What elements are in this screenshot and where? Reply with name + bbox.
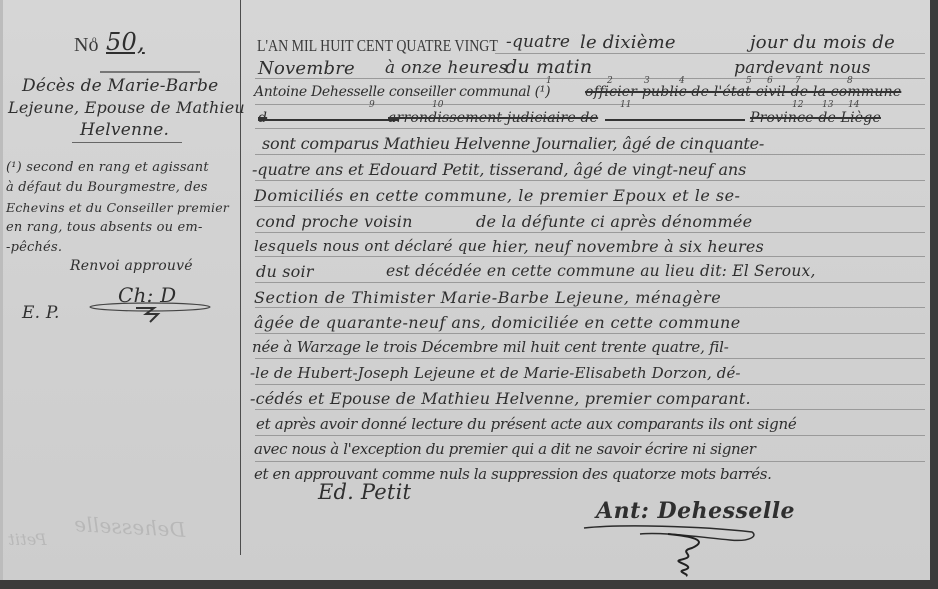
body-line-10b: est décédée en cette commune au lieu dit…	[386, 262, 816, 280]
time-of-day: du matin	[505, 56, 592, 78]
ruled-line	[255, 78, 925, 79]
scan-frame-right	[930, 0, 938, 589]
body-line-12: âgée de quarante-neuf ans, domiciliée en…	[254, 313, 741, 332]
body-line-13: née à Warzage le trois Décembre mil huit…	[252, 338, 729, 356]
signature-witness: Ed. Petit	[318, 480, 411, 504]
margin-title-line-1: Décès de Marie-Barbe	[22, 76, 218, 96]
margin-note-line-1: (¹) second en rang et agissant	[6, 160, 209, 175]
struck-arrondissement: arrondissement judiciaire de	[388, 110, 598, 126]
struck-province: Province de Liège	[750, 110, 881, 126]
ruled-line	[255, 307, 925, 308]
deletion-number: 13	[822, 100, 833, 110]
body-line-5: sont comparus Mathieu Helvenne Journalie…	[262, 134, 764, 153]
ruled-line	[255, 384, 925, 385]
body-line-6: -quatre ans et Edouard Petit, tisserand,…	[252, 160, 746, 179]
renvoi-approved: Renvoi approuvé	[70, 258, 193, 274]
scan-frame-bottom	[0, 580, 938, 589]
body-line-14: -le de Hubert-Joseph Lejeune et de Marie…	[250, 364, 741, 382]
deletion-number: 6	[767, 76, 773, 86]
deletion-number: 9	[369, 100, 375, 110]
body-line-9a: lesquels nous ont déclaré que	[254, 237, 486, 255]
ruled-line	[255, 435, 925, 436]
margin-note-line-4: en rang, tous absents ou em-	[6, 220, 203, 235]
deletion-number: 10	[432, 100, 443, 110]
hour: à onze heures	[385, 58, 508, 78]
body-line-11: Section de Thimister Marie-Barbe Lejeune…	[254, 288, 721, 307]
struck-officer-title: officier public de l'état civil de la co…	[585, 84, 901, 100]
deletion-number: 7	[795, 76, 801, 86]
strike-line	[258, 119, 398, 121]
ruled-line	[255, 333, 925, 334]
year-completion: -quatre	[506, 32, 570, 52]
ruled-line	[255, 282, 925, 283]
margin-note-line-3: Echevins et du Conseiller premier	[6, 200, 229, 215]
body-line-17: avec nous à l'exception du premier qui a…	[254, 440, 756, 458]
deletion-number: 2	[607, 76, 613, 86]
ruled-line	[495, 53, 925, 54]
ruled-line	[255, 256, 925, 257]
printed-pardevant-nous: pardevant nous	[734, 58, 871, 78]
bleed-through-petit: Petit	[8, 530, 47, 549]
day-of-month: le dixième	[580, 32, 676, 53]
body-line-7: Domiciliés en cette commune, le premier …	[254, 186, 740, 205]
deletion-number: 12	[792, 100, 803, 110]
record-number-value: 50,	[106, 28, 145, 56]
officer-signature-flourish	[580, 522, 760, 580]
ruled-line	[255, 206, 925, 207]
ruled-line	[255, 154, 925, 155]
deletion-number: 3	[644, 76, 650, 86]
title-flourish	[72, 142, 182, 143]
deletion-number: 14	[848, 100, 859, 110]
printed-heading: L'AN MIL HUIT CENT QUATRE VINGT	[257, 36, 498, 56]
ruled-line	[255, 232, 925, 233]
deletion-number: 5	[746, 76, 752, 86]
number-rule	[100, 71, 200, 73]
ruled-line	[255, 461, 925, 462]
strike-line	[605, 119, 745, 121]
officer-name: Antoine Dehesselle conseiller communal (…	[254, 84, 550, 100]
struck-d: d	[258, 110, 267, 126]
signature-officer: Ant: Dehesselle	[596, 498, 795, 524]
body-line-8b: de la défunte ci après dénommée	[476, 212, 752, 231]
margin-divider	[240, 0, 241, 555]
initials-flourish	[88, 300, 218, 330]
initials-left: E. P.	[22, 303, 60, 323]
deletion-number: 8	[847, 76, 853, 86]
printed-jour-du-mois: jour du mois de	[750, 32, 895, 53]
deletion-number: 4	[679, 76, 685, 86]
body-line-15: -cédés et Epouse de Mathieu Helvenne, pr…	[250, 389, 751, 408]
margin-note-line-5: -pêchés.	[6, 240, 62, 255]
margin-title-line-3: Helvenne.	[80, 120, 169, 140]
civil-register-page: No o 50, Décès de Marie-Barbe Lejeune, E…	[0, 0, 930, 580]
month: Novembre	[258, 58, 355, 79]
record-number-dot: o	[92, 34, 97, 44]
page-edge	[0, 0, 3, 580]
margin-note-line-2: à défaut du Bourgmestre, des	[6, 180, 208, 195]
margin-title-line-2: Lejeune, Epouse de Mathieu	[8, 98, 245, 117]
bleed-through-dehesselle: Dehesselle	[73, 512, 186, 542]
body-line-9b: hier, neuf novembre à six heures	[492, 237, 764, 256]
ruled-line	[255, 180, 925, 181]
deletion-number: 11	[620, 100, 631, 110]
body-line-10a: du soir	[256, 262, 314, 281]
body-line-16: et après avoir donné lecture du présent …	[256, 415, 796, 433]
ruled-line	[255, 128, 925, 129]
ruled-line	[255, 358, 925, 359]
ruled-line	[255, 409, 925, 410]
body-line-8a: cond proche voisin	[256, 212, 413, 231]
deletion-number: 1	[546, 76, 552, 86]
